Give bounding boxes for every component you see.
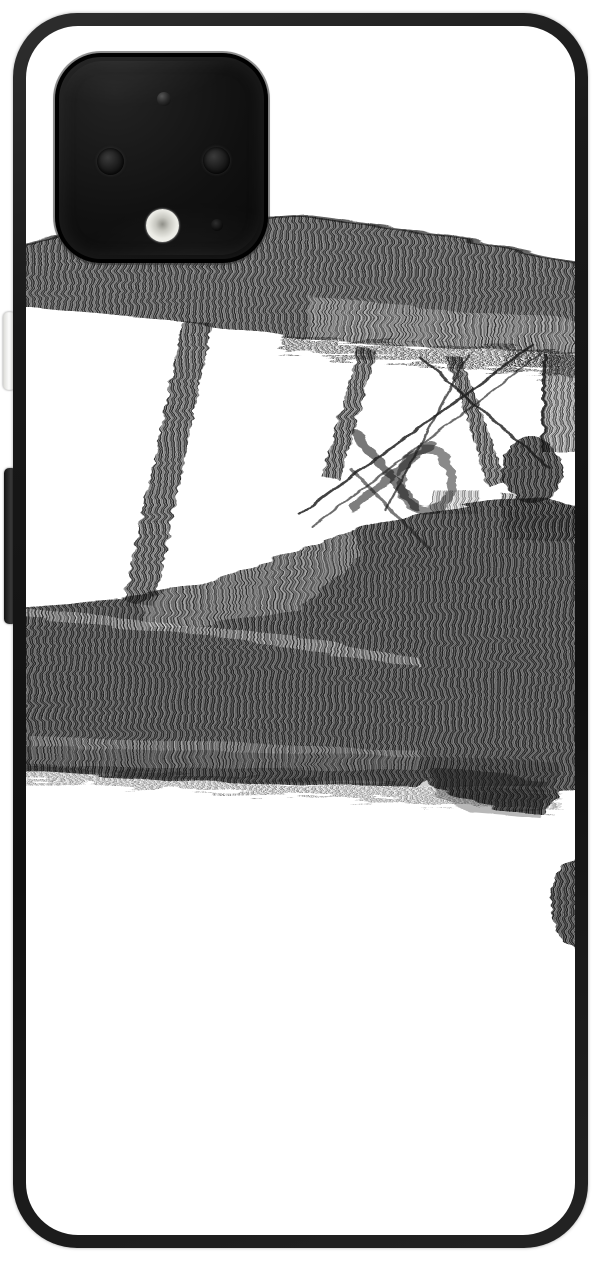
camera-lens-left — [97, 148, 124, 175]
camera-lens-right — [203, 147, 230, 174]
camera-sensor-dot — [157, 92, 171, 106]
product-photo — [0, 0, 600, 1263]
camera-module — [55, 53, 268, 263]
camera-mic-hole — [211, 219, 223, 231]
camera-flash — [146, 209, 179, 242]
